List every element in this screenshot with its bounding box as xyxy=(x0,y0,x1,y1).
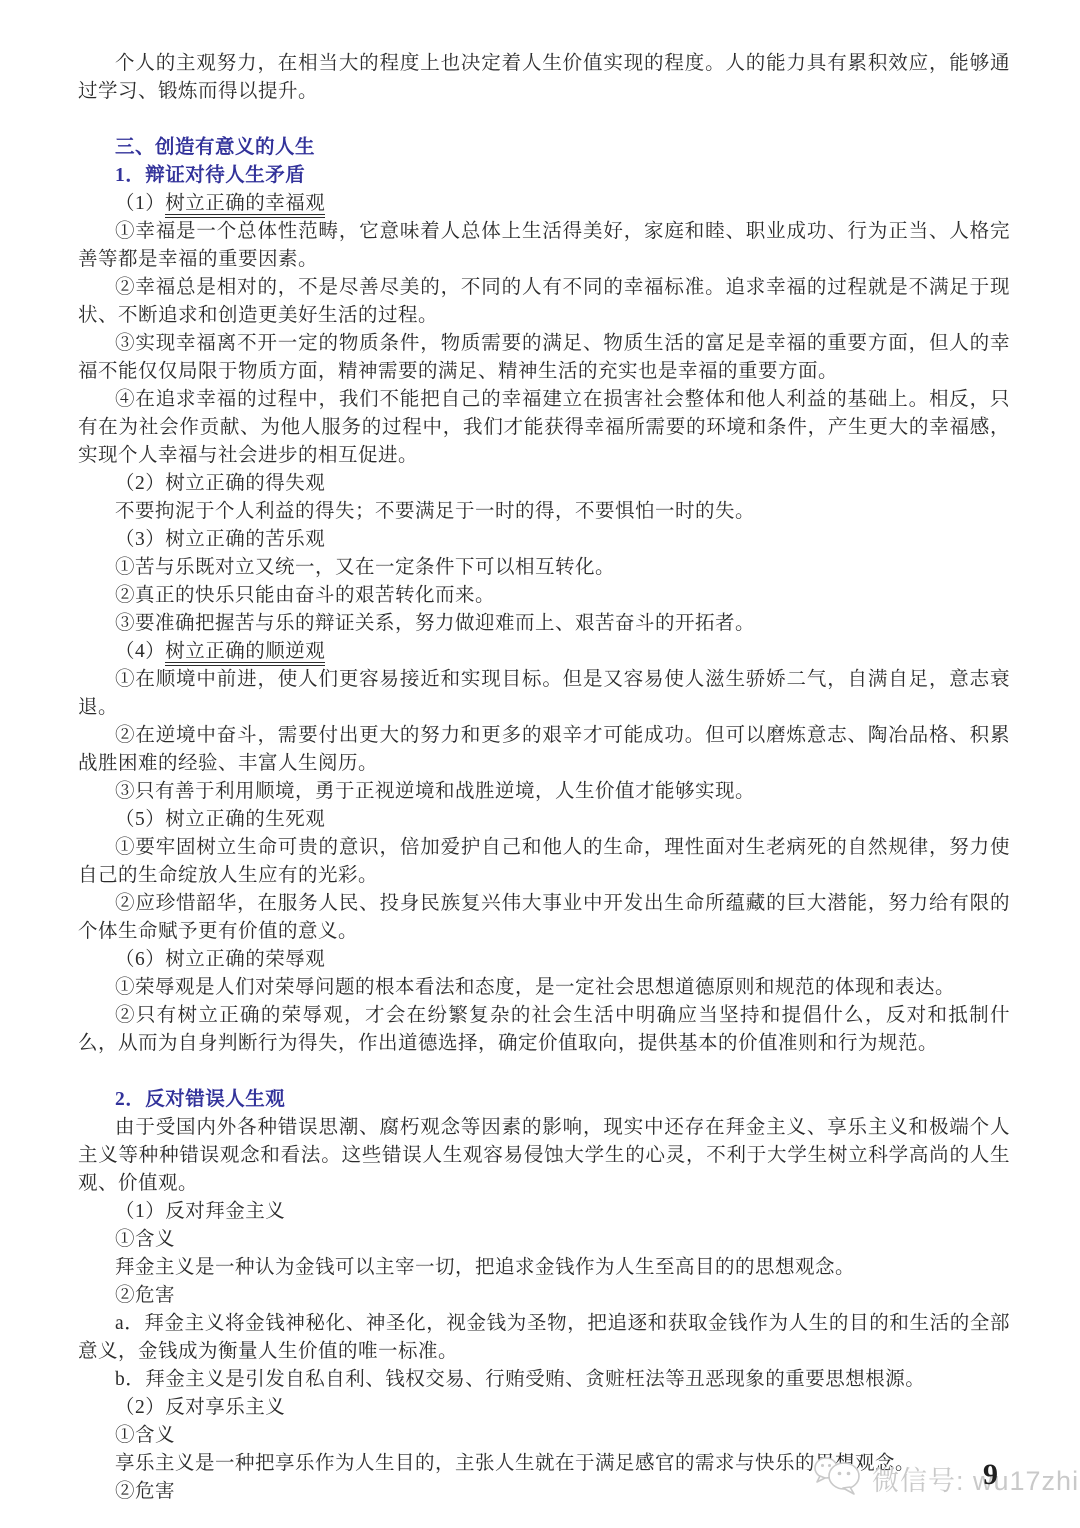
body: ③要准确把握苦与乐的辩证关系，努力做迎难而上、艰苦奋斗的开拓者。 xyxy=(78,610,1010,638)
page-number: 9 xyxy=(983,1458,998,1492)
document-page: 个人的主观努力，在相当大的程度上也决定着人生价值实现的程度。人的能力具有累积效应… xyxy=(0,0,1080,1528)
item: （6）树立正确的荣辱观 xyxy=(78,946,1010,974)
body: ①在顺境中前进，使人们更容易接近和实现目标。但是又容易使人滋生骄娇二气，自满自足… xyxy=(78,666,1010,722)
body: b．拜金主义是引发自私自利、钱权交易、行贿受贿、贪赃枉法等丑恶现象的重要思想根源… xyxy=(78,1366,1010,1394)
body: ④在追求幸福的过程中，我们不能把自己的幸福建立在损害社会整体和他人利益的基础上。… xyxy=(78,386,1010,470)
item: （5）树立正确的生死观 xyxy=(78,806,1010,834)
item: （3）树立正确的苦乐观 xyxy=(78,526,1010,554)
item: （2）树立正确的得失观 xyxy=(78,470,1010,498)
body: ①含义 xyxy=(78,1226,1010,1254)
heading-major: 三、创造有意义的人生 xyxy=(78,134,1010,162)
body: ①含义 xyxy=(78,1422,1010,1450)
body: ①幸福是一个总体性范畴，它意味着人总体上生活得美好，家庭和睦、职业成功、行为正当… xyxy=(78,218,1010,274)
heading-sub: 2．反对错误人生观 xyxy=(78,1086,1010,1114)
watermark: 微信号: wu17zhi xyxy=(812,1453,1079,1504)
body: ①荣辱观是人们对荣辱问题的根本看法和态度，是一定社会思想道德原则和规范的体现和表… xyxy=(78,974,1010,1002)
body: ③实现幸福离不开一定的物质条件，物质需要的满足、物质生活的富足是幸福的重要方面，… xyxy=(78,330,1010,386)
item: （2）反对享乐主义 xyxy=(78,1394,1010,1422)
body: ②只有树立正确的荣辱观，才会在纷繁复杂的社会生活中明确应当坚持和提倡什么，反对和… xyxy=(78,1002,1010,1058)
heading-sub: 1．辩证对待人生矛盾 xyxy=(78,162,1010,190)
body: 不要拘泥于个人利益的得失；不要满足于一时的得，不要惧怕一时的失。 xyxy=(78,498,1010,526)
body: ②幸福总是相对的，不是尽善尽美的，不同的人有不同的幸福标准。追求幸福的过程就是不… xyxy=(78,274,1010,330)
underlined-title: 树立正确的幸福观 xyxy=(165,193,325,218)
item-underlined: （4）树立正确的顺逆观 xyxy=(78,638,1010,666)
body: ①要牢固树立生命可贵的意识，倍加爱护自己和他人的生命，理性面对生老病死的自然规律… xyxy=(78,834,1010,890)
body: 个人的主观努力，在相当大的程度上也决定着人生价值实现的程度。人的能力具有累积效应… xyxy=(78,50,1010,106)
body: 拜金主义是一种认为金钱可以主宰一切，把追求金钱作为人生至高目的的思想观念。 xyxy=(78,1254,1010,1282)
underlined-title: 树立正确的顺逆观 xyxy=(165,641,325,666)
body: ③只有善于利用顺境，勇于正视逆境和战胜逆境，人生价值才能够实现。 xyxy=(78,778,1010,806)
body: a．拜金主义将金钱神秘化、神圣化，视金钱为圣物，把追逐和获取金钱作为人生的目的和… xyxy=(78,1310,1010,1366)
body: ②在逆境中奋斗，需要付出更大的努力和更多的艰辛才可能成功。但可以磨炼意志、陶冶品… xyxy=(78,722,1010,778)
item: （1）反对拜金主义 xyxy=(78,1198,1010,1226)
item-prefix: （1） xyxy=(115,193,165,214)
wechat-icon xyxy=(812,1453,864,1504)
document-body: 个人的主观努力，在相当大的程度上也决定着人生价值实现的程度。人的能力具有累积效应… xyxy=(78,50,1010,1506)
item-underlined: （1）树立正确的幸福观 xyxy=(78,190,1010,218)
body: ②应珍惜韶华，在服务人民、投身民族复兴伟大事业中开发出生命所蕴藏的巨大潜能，努力… xyxy=(78,890,1010,946)
body: ②真正的快乐只能由奋斗的艰苦转化而来。 xyxy=(78,582,1010,610)
watermark-text: 微信号: wu17zhi xyxy=(872,1459,1079,1498)
body: 由于受国内外各种错误思潮、腐朽观念等因素的影响，现实中还存在拜金主义、享乐主义和… xyxy=(78,1114,1010,1198)
item-prefix: （4） xyxy=(115,641,165,662)
body: ①苦与乐既对立又统一，又在一定条件下可以相互转化。 xyxy=(78,554,1010,582)
body: ②危害 xyxy=(78,1282,1010,1310)
